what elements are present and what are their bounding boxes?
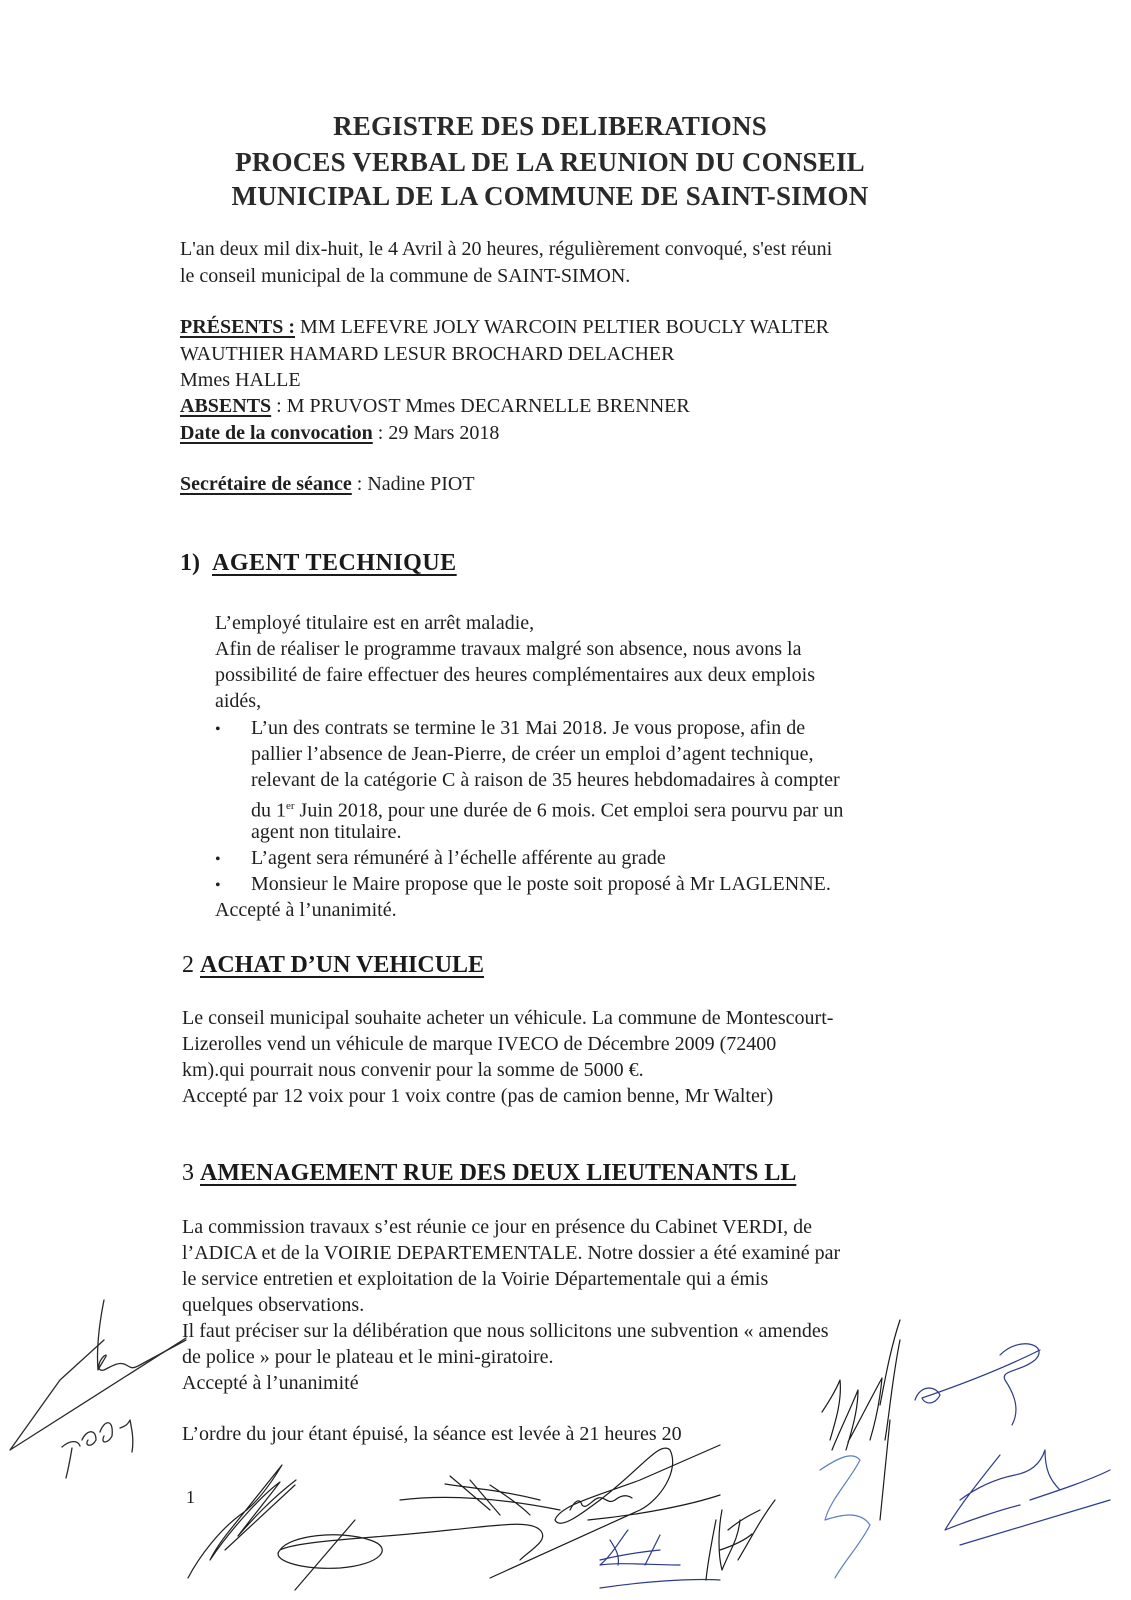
section-1-bullet-1-line-2: pallier l’absence de Jean-Pierre, de cré… bbox=[251, 741, 814, 767]
section-1-line-4: aidés, bbox=[215, 688, 261, 714]
secretary-name: : Nadine PIOT bbox=[352, 473, 475, 495]
section-3-line-7: Accepté à l’unanimité bbox=[182, 1370, 359, 1396]
page-number: 1 bbox=[186, 1484, 195, 1510]
section-1-line-3: possibilité de faire effectuer des heure… bbox=[215, 662, 815, 688]
section-2-line-2: Lizerolles vend un véhicule de marque IV… bbox=[182, 1031, 776, 1057]
closing-statement: L’ordre du jour étant épuisé, la séance … bbox=[182, 1421, 682, 1447]
convocation-line: Date de la convocation : 29 Mars 2018 bbox=[180, 420, 499, 446]
intro-line-2: le conseil municipal de la commune de SA… bbox=[180, 263, 630, 289]
section-1-heading: 1) AGENT TECHNIQUE bbox=[180, 548, 457, 578]
signature-blue-2 bbox=[915, 1344, 1110, 1545]
section-3-line-5: Il faut préciser sur la délibération que… bbox=[182, 1318, 829, 1344]
section-1-bullet-1-line-5: agent non titulaire. bbox=[251, 819, 402, 845]
presents-line-3: Mmes HALLE bbox=[180, 367, 301, 393]
section-1-title: AGENT TECHNIQUE bbox=[212, 550, 457, 576]
document-title-line-1: REGISTRE DES DELIBERATIONS bbox=[0, 110, 1100, 142]
presents-label: PRÉSENTS : bbox=[180, 316, 295, 338]
section-1-result: Accepté à l’unanimité. bbox=[215, 897, 397, 923]
bullet-icon: • bbox=[215, 717, 251, 743]
secretary-line: Secrétaire de séance : Nadine PIOT bbox=[180, 471, 475, 497]
presents-names: MM LEFEVRE JOLY WARCOIN PELTIER BOUCLY W… bbox=[295, 316, 829, 338]
section-3-line-3: le service entretien et exploitation de … bbox=[182, 1266, 768, 1292]
convocation-label: Date de la convocation bbox=[180, 422, 373, 444]
convocation-date: : 29 Mars 2018 bbox=[373, 422, 500, 444]
signature-1 bbox=[188, 1465, 296, 1578]
section-3-line-4: quelques observations. bbox=[182, 1292, 364, 1318]
section-1-bullet-2: •L’agent sera rémunéré à l’échelle affér… bbox=[215, 845, 666, 873]
section-1-bullet-3: •Monsieur le Maire propose que le poste … bbox=[215, 871, 831, 899]
secretary-label: Secrétaire de séance bbox=[180, 473, 352, 495]
document-title-line-3: MUNICIPAL DE LA COMMUNE DE SAINT-SIMON bbox=[0, 180, 1100, 212]
section-3-line-2: l’ADICA et de la VOIRIE DEPARTEMENTALE. … bbox=[182, 1240, 840, 1266]
section-2-line-4: Accepté par 12 voix pour 1 voix contre (… bbox=[182, 1083, 773, 1109]
section-2-line-3: km).qui pourrait nous convenir pour la s… bbox=[182, 1057, 644, 1083]
bullet-icon: • bbox=[215, 873, 251, 899]
signature-2-right bbox=[706, 1320, 900, 1580]
section-3-line-6: de police » pour le plateau et le mini-g… bbox=[182, 1344, 554, 1370]
presents-line-2: WAUTHIER HAMARD LESUR BROCHARD DELACHER bbox=[180, 341, 674, 367]
section-2-line-1: Le conseil municipal souhaite acheter un… bbox=[182, 1005, 833, 1031]
section-1-bullet-1-line-3: relevant de la catégorie C à raison de 3… bbox=[251, 767, 840, 793]
section-2-heading: 2 ACHAT D’UN VEHICULE bbox=[182, 950, 484, 980]
section-1-line-2: Afin de réaliser le programme travaux ma… bbox=[215, 636, 801, 662]
section-2-number: 2 bbox=[182, 952, 194, 978]
absents-names: : M PRUVOST Mmes DECARNELLE BRENNER bbox=[271, 395, 690, 417]
section-3-heading: 3 AMENAGEMENT RUE DES DEUX LIEUTENANTS L… bbox=[182, 1158, 796, 1188]
section-3-title: AMENAGEMENT RUE DES DEUX LIEUTENANTS LL bbox=[200, 1160, 796, 1186]
intro-line-1: L'an deux mil dix-huit, le 4 Avril à 20 … bbox=[180, 236, 832, 262]
section-1-bullet-1-line-1: •L’un des contrats se termine le 31 Mai … bbox=[215, 715, 805, 743]
section-2-title: ACHAT D’UN VEHICULE bbox=[200, 952, 484, 978]
bullet-icon: • bbox=[215, 847, 251, 873]
margin-signature-1 bbox=[10, 1300, 186, 1478]
absents-line: ABSENTS : M PRUVOST Mmes DECARNELLE BREN… bbox=[180, 393, 690, 419]
signature-blue-1 bbox=[600, 1530, 720, 1588]
signature-hamard bbox=[490, 1445, 720, 1578]
document-title-line-2: PROCES VERBAL DE LA REUNION DU CONSEIL bbox=[0, 146, 1100, 178]
section-3-line-1: La commission travaux s’est réunie ce jo… bbox=[182, 1214, 812, 1240]
section-1-line-1: L’employé titulaire est en arrêt maladie… bbox=[215, 610, 534, 636]
section-3-number: 3 bbox=[182, 1160, 194, 1186]
signature-2 bbox=[278, 1476, 560, 1590]
presents-line-1: PRÉSENTS : MM LEFEVRE JOLY WARCOIN PELTI… bbox=[180, 314, 829, 340]
absents-label: ABSENTS bbox=[180, 395, 271, 417]
section-1-number: 1) bbox=[180, 550, 200, 576]
signature-light-blue bbox=[820, 1456, 870, 1578]
